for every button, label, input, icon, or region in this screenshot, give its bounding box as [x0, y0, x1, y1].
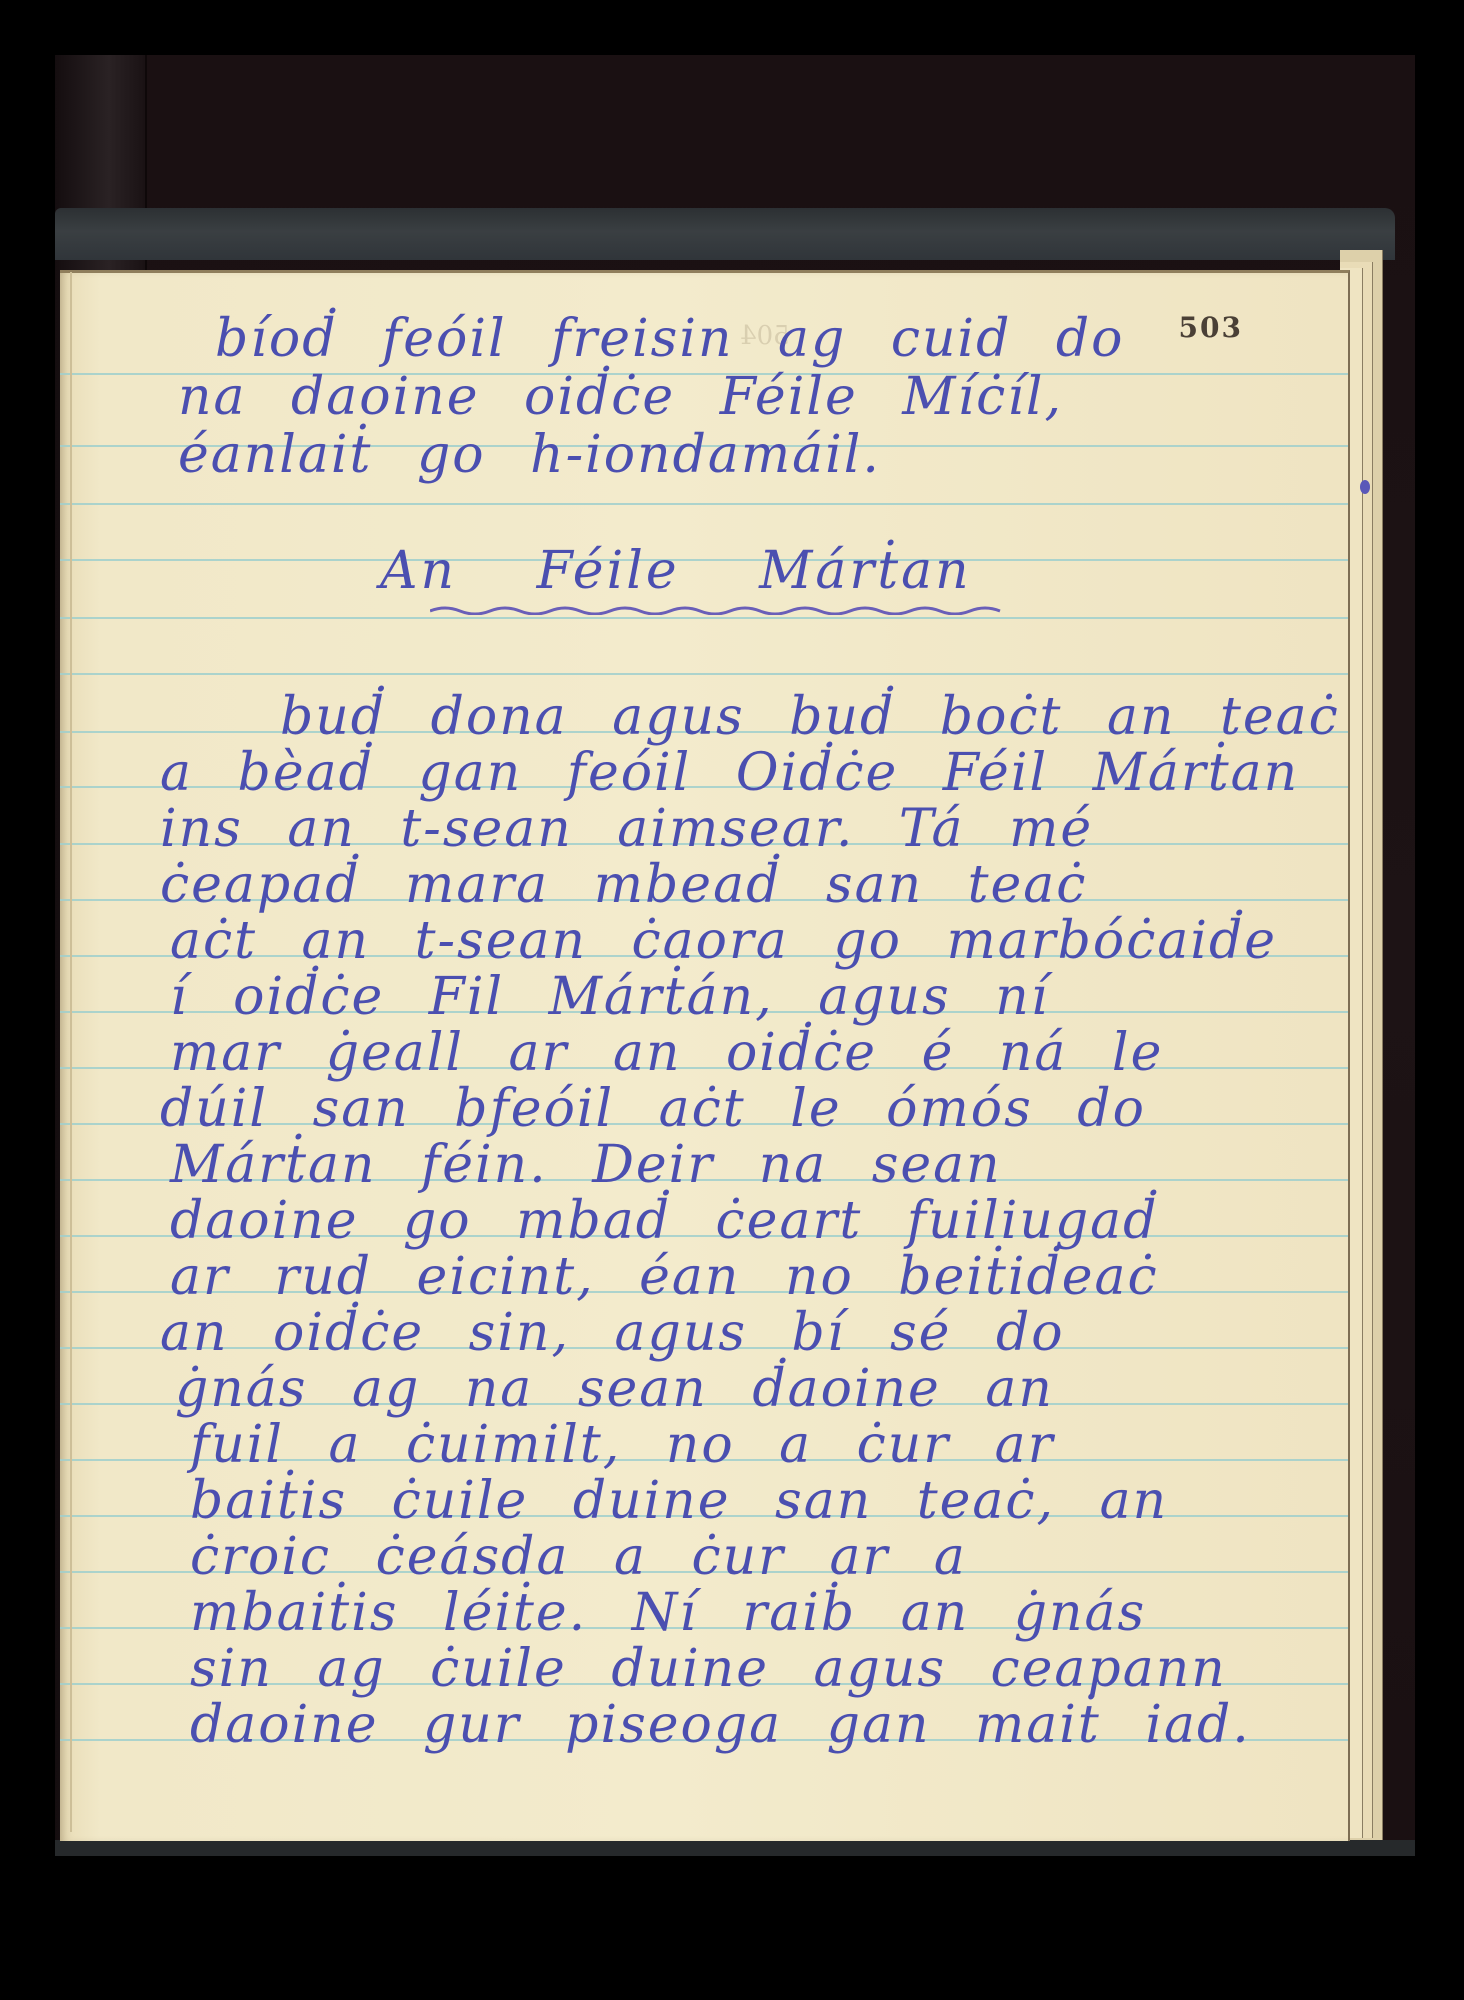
handwritten-line: í oiḋċe Fil Márṫán, agus ní: [170, 967, 1049, 1027]
ink-blot: [1360, 480, 1370, 494]
handwritten-line: daoine gur piseoga gan maiṫ iad.: [190, 1695, 1251, 1755]
handwritten-line: na daoine oiḋċe Féile Míċíl,: [178, 367, 1063, 427]
handwritten-line: aċt an t-sean ċaora go marbóċaiḋe: [170, 911, 1277, 971]
ruled-line: [60, 503, 1348, 505]
handwritten-line: a bèaḋ gan feóil Oiḋċe Féil Márṫan: [160, 743, 1299, 803]
handwritten-line: bíoḋ feóil freisin ag cuid do: [215, 309, 1124, 369]
handwritten-line: ċroic ċeásda a ċur ar a: [190, 1527, 967, 1587]
ruled-line: [60, 673, 1348, 675]
handwritten-line: fuil a ċuimilt, no a ċur ar: [190, 1415, 1055, 1475]
handwritten-line: sin ag ċuile duine agus ceapann: [190, 1639, 1227, 1699]
handwritten-line: mar ġeall ar an oiḋċe é ná le: [170, 1023, 1163, 1083]
handwritten-line: Márṫan féin. Deir na sean: [170, 1135, 1002, 1195]
handwritten-line: daoine go mbaḋ ċeart fuiliugaḋ: [170, 1191, 1158, 1251]
handwritten-line: ġnás ag na sean ḋaoine an: [175, 1359, 1054, 1419]
handwritten-line: ċeapaḋ mara mbeaḋ san teaċ: [160, 855, 1087, 915]
section-title: An Féile Márṫan: [380, 541, 972, 601]
handwritten-line: baiṫis ċuile duine san teaċ, an: [190, 1471, 1168, 1531]
ruled-line: [60, 617, 1348, 619]
wavy-underline-icon: [430, 605, 1010, 615]
handwritten-line: an oiḋċe sin, agus bí sé do: [160, 1303, 1065, 1363]
page-number: 503: [1179, 311, 1243, 344]
handwritten-line: éanlaiṫ go h-iondamáil.: [178, 425, 881, 485]
handwritten-line: ins an t-sean aimsear. Tá mé: [160, 799, 1093, 859]
handwritten-line: mbaiṫis léiṫe. Ní raiḃ an ġnás: [190, 1583, 1146, 1643]
page-gutter-fold: [70, 272, 72, 1832]
handwritten-line: dúil san bfeóil aċt le ómós do: [160, 1079, 1146, 1139]
handwritten-line: ar rud eicint, éan no beiṫiḋeaċ: [170, 1247, 1159, 1307]
handwritten-line: buḋ dona agus buḋ boċt an teaċ: [280, 687, 1340, 747]
notebook-page: 504 503 bíoḋ feóil freisin ag cuid do na…: [60, 270, 1350, 1841]
cloth-binding-bottom: [55, 1840, 1415, 1856]
cloth-binding-top: [55, 208, 1395, 260]
